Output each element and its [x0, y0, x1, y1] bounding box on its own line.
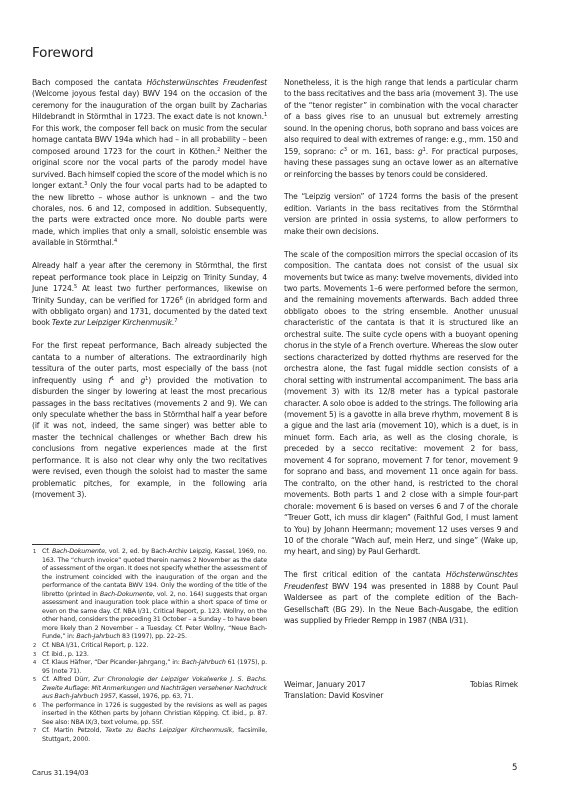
- footnote-1: 1 Cf. Bach-Dokumente, vol. 2, ed. by Bac…: [32, 548, 267, 642]
- translator-credit: Translation: David Kosviner: [284, 690, 518, 701]
- text: The first critical edition of the cantat…: [284, 570, 446, 579]
- footnote-4: 4 Cf. Klaus Häfner, “Der Picander-Jahrga…: [32, 659, 267, 676]
- footnote-ref[interactable]: 7: [174, 318, 177, 324]
- text: and: [114, 376, 140, 385]
- footnote-text: Cf. Alfred Dürr, Zur Chronologie der Lei…: [42, 676, 267, 702]
- catalog-number: Carus 31.194/03: [32, 769, 89, 777]
- page-title: Foreword: [32, 45, 94, 61]
- book-title: Texte zur Leipziger Kirchenmusik.: [52, 318, 174, 327]
- paragraph: For the first repeat performance, Bach a…: [32, 340, 267, 500]
- footnote-5: 5 Cf. Alfred Dürr, Zur Chronologie der L…: [32, 676, 267, 702]
- footnote-6: 6 The performance in 1726 is suggested b…: [32, 702, 267, 728]
- footnote-ref[interactable]: 1: [264, 112, 267, 118]
- author-name: Tobias Rimek: [470, 679, 518, 690]
- footnote-text: Cf. Klaus Häfner, “Der Picander-Jahrgang…: [42, 659, 267, 676]
- text: Only the four vocal parts had to be adap…: [32, 181, 267, 247]
- footnote-text: Cf. NBA I/31, Critical Report, p. 122.: [42, 642, 267, 651]
- footnote-text: Cf. Bach-Dokumente, vol. 2, ed. by Bach-…: [42, 548, 267, 642]
- page-number: 5: [512, 763, 517, 773]
- footnote-number: 1: [32, 548, 42, 642]
- footnote-number: 6: [32, 702, 42, 728]
- text: Bach composed the cantata: [32, 78, 146, 87]
- paragraph: The first critical edition of the cantat…: [284, 569, 518, 626]
- footnote-number: 3: [32, 651, 42, 660]
- paragraph: The scale of the composition mirrors the…: [284, 249, 518, 558]
- footnote-number: 5: [32, 676, 42, 702]
- footnote-text: Cf. ibid., p. 123.: [42, 651, 267, 660]
- text: (Welcome joyous festal day) BWV 194 on t…: [32, 89, 267, 121]
- footnote-text: The performance in 1726 is suggested by …: [42, 702, 267, 728]
- paragraph: Bach composed the cantata Höchsterwünsch…: [32, 77, 267, 249]
- footnote-7: 7 Cf. Martin Petzold, Texte zu Bachs Lei…: [32, 727, 267, 744]
- paragraph: Already half a year after the ceremony i…: [32, 260, 267, 329]
- text: Nonetheless, it is the high range that l…: [284, 78, 518, 156]
- footnote-text: Cf. Martin Petzold, Texte zu Bachs Leipz…: [42, 727, 267, 744]
- left-column: Bach composed the cantata Höchsterwünsch…: [32, 77, 267, 501]
- text: ) provided the motivation to disburden t…: [32, 376, 267, 500]
- footnotes: 1 Cf. Bach-Dokumente, vol. 2, ed. by Bac…: [32, 548, 267, 745]
- text: or m. 161, bass:: [347, 147, 418, 156]
- paragraph: The “Leipzig version” of 1724 forms the …: [284, 191, 518, 237]
- cantata-title: Höchsterwünschtes Freudenfest: [146, 78, 267, 87]
- footnote-number: 4: [32, 659, 42, 676]
- footnote-number: 2: [32, 642, 42, 651]
- paragraph: Nonetheless, it is the high range that l…: [284, 77, 518, 180]
- footnote-divider: [32, 544, 100, 545]
- footnote-3: 3 Cf. ibid., p. 123.: [32, 651, 267, 660]
- place-date: Weimar, January 2017: [284, 679, 365, 690]
- right-column: Nonetheless, it is the high range that l…: [284, 77, 518, 627]
- footnote-number: 7: [32, 727, 42, 744]
- footnote-ref[interactable]: 4: [114, 238, 117, 244]
- footnote-2: 2 Cf. NBA I/31, Critical Report, p. 122.: [32, 642, 267, 651]
- signoff: Weimar, January 2017 Tobias Rimek Transl…: [284, 679, 518, 702]
